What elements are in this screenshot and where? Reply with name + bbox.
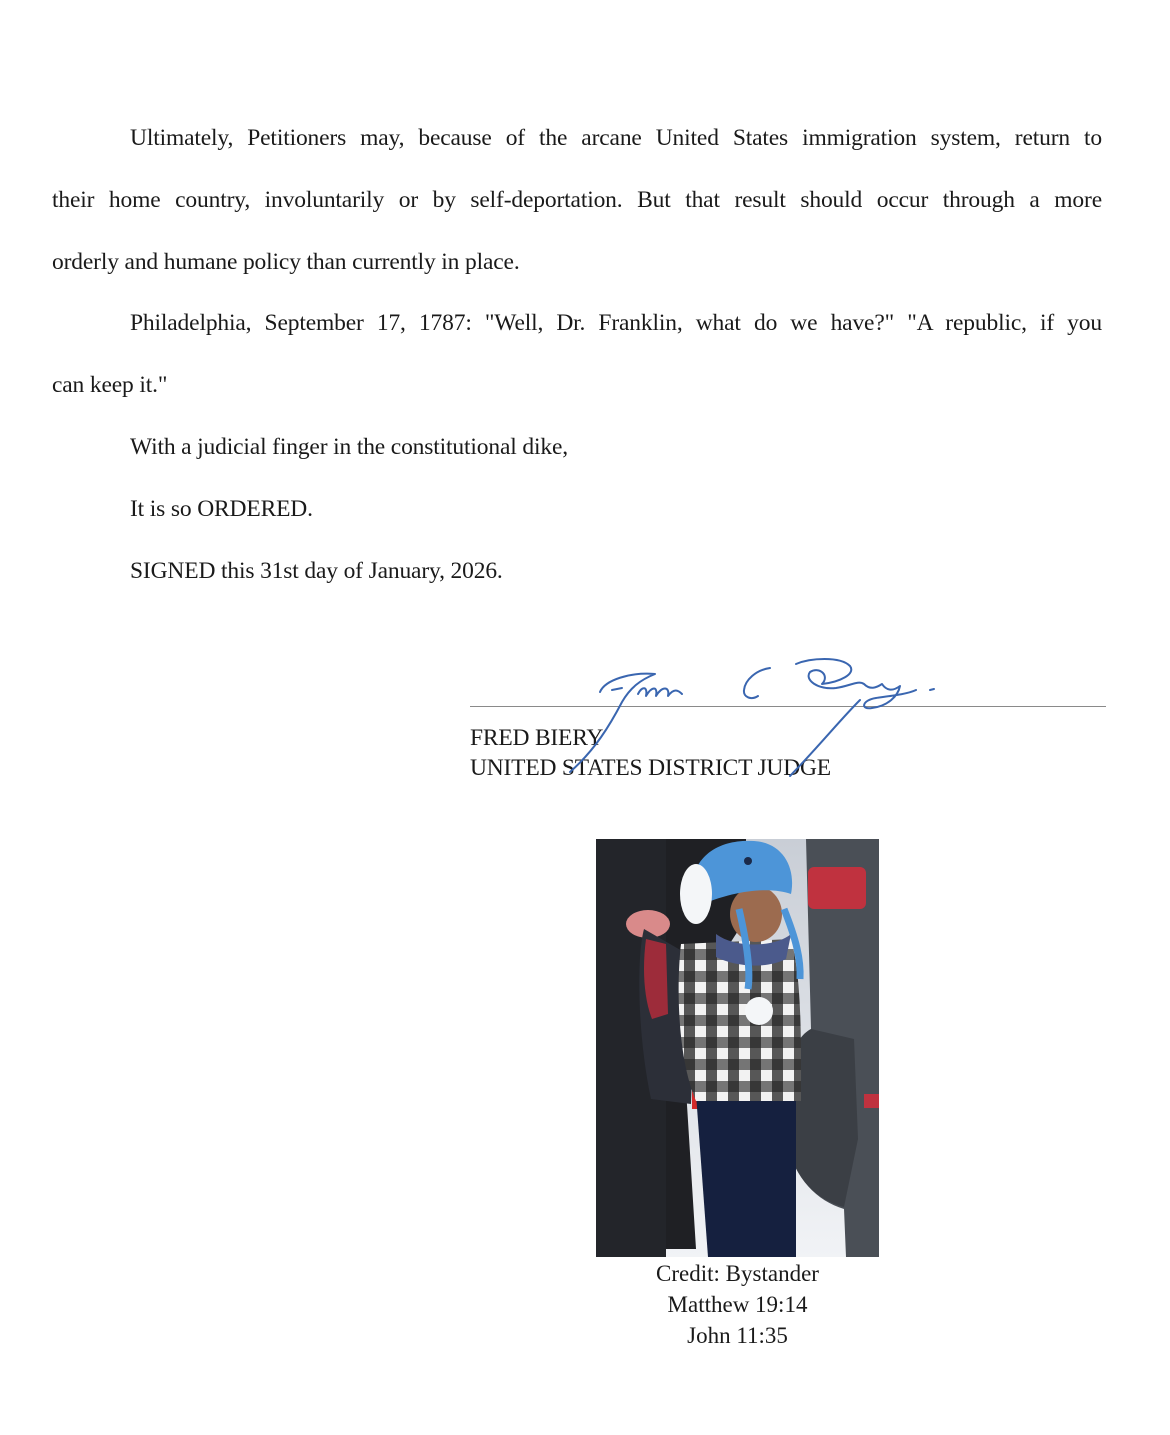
scripture-reference-1: Matthew 19:14	[596, 1289, 879, 1320]
signature-line	[470, 706, 1106, 707]
paragraph-2-line-2: can keep it."	[52, 371, 1102, 399]
paragraph-1-line-3: orderly and humane policy than currently…	[52, 248, 1102, 276]
paragraph-2-line-1: Philadelphia, September 17, 1787: "Well,…	[130, 309, 1102, 337]
child-photo-illustration	[596, 839, 879, 1257]
judge-name: FRED BIERY	[470, 724, 603, 752]
paragraph-ordered: It is so ORDERED.	[130, 495, 1102, 523]
child-photo	[596, 839, 879, 1257]
judge-title: UNITED STATES DISTRICT JUDGE	[470, 754, 831, 782]
photo-credit: Credit: Bystander	[596, 1258, 879, 1289]
paragraph-closing-phrase: With a judicial finger in the constituti…	[130, 433, 1102, 461]
paragraph-signed-date: SIGNED this 31st day of January, 2026.	[130, 557, 1102, 585]
paragraph-1-line-1: Ultimately, Petitioners may, because of …	[130, 124, 1102, 152]
paragraph-1-line-2: their home country, involuntarily or by …	[52, 186, 1102, 214]
scripture-reference-2: John 11:35	[596, 1320, 879, 1351]
